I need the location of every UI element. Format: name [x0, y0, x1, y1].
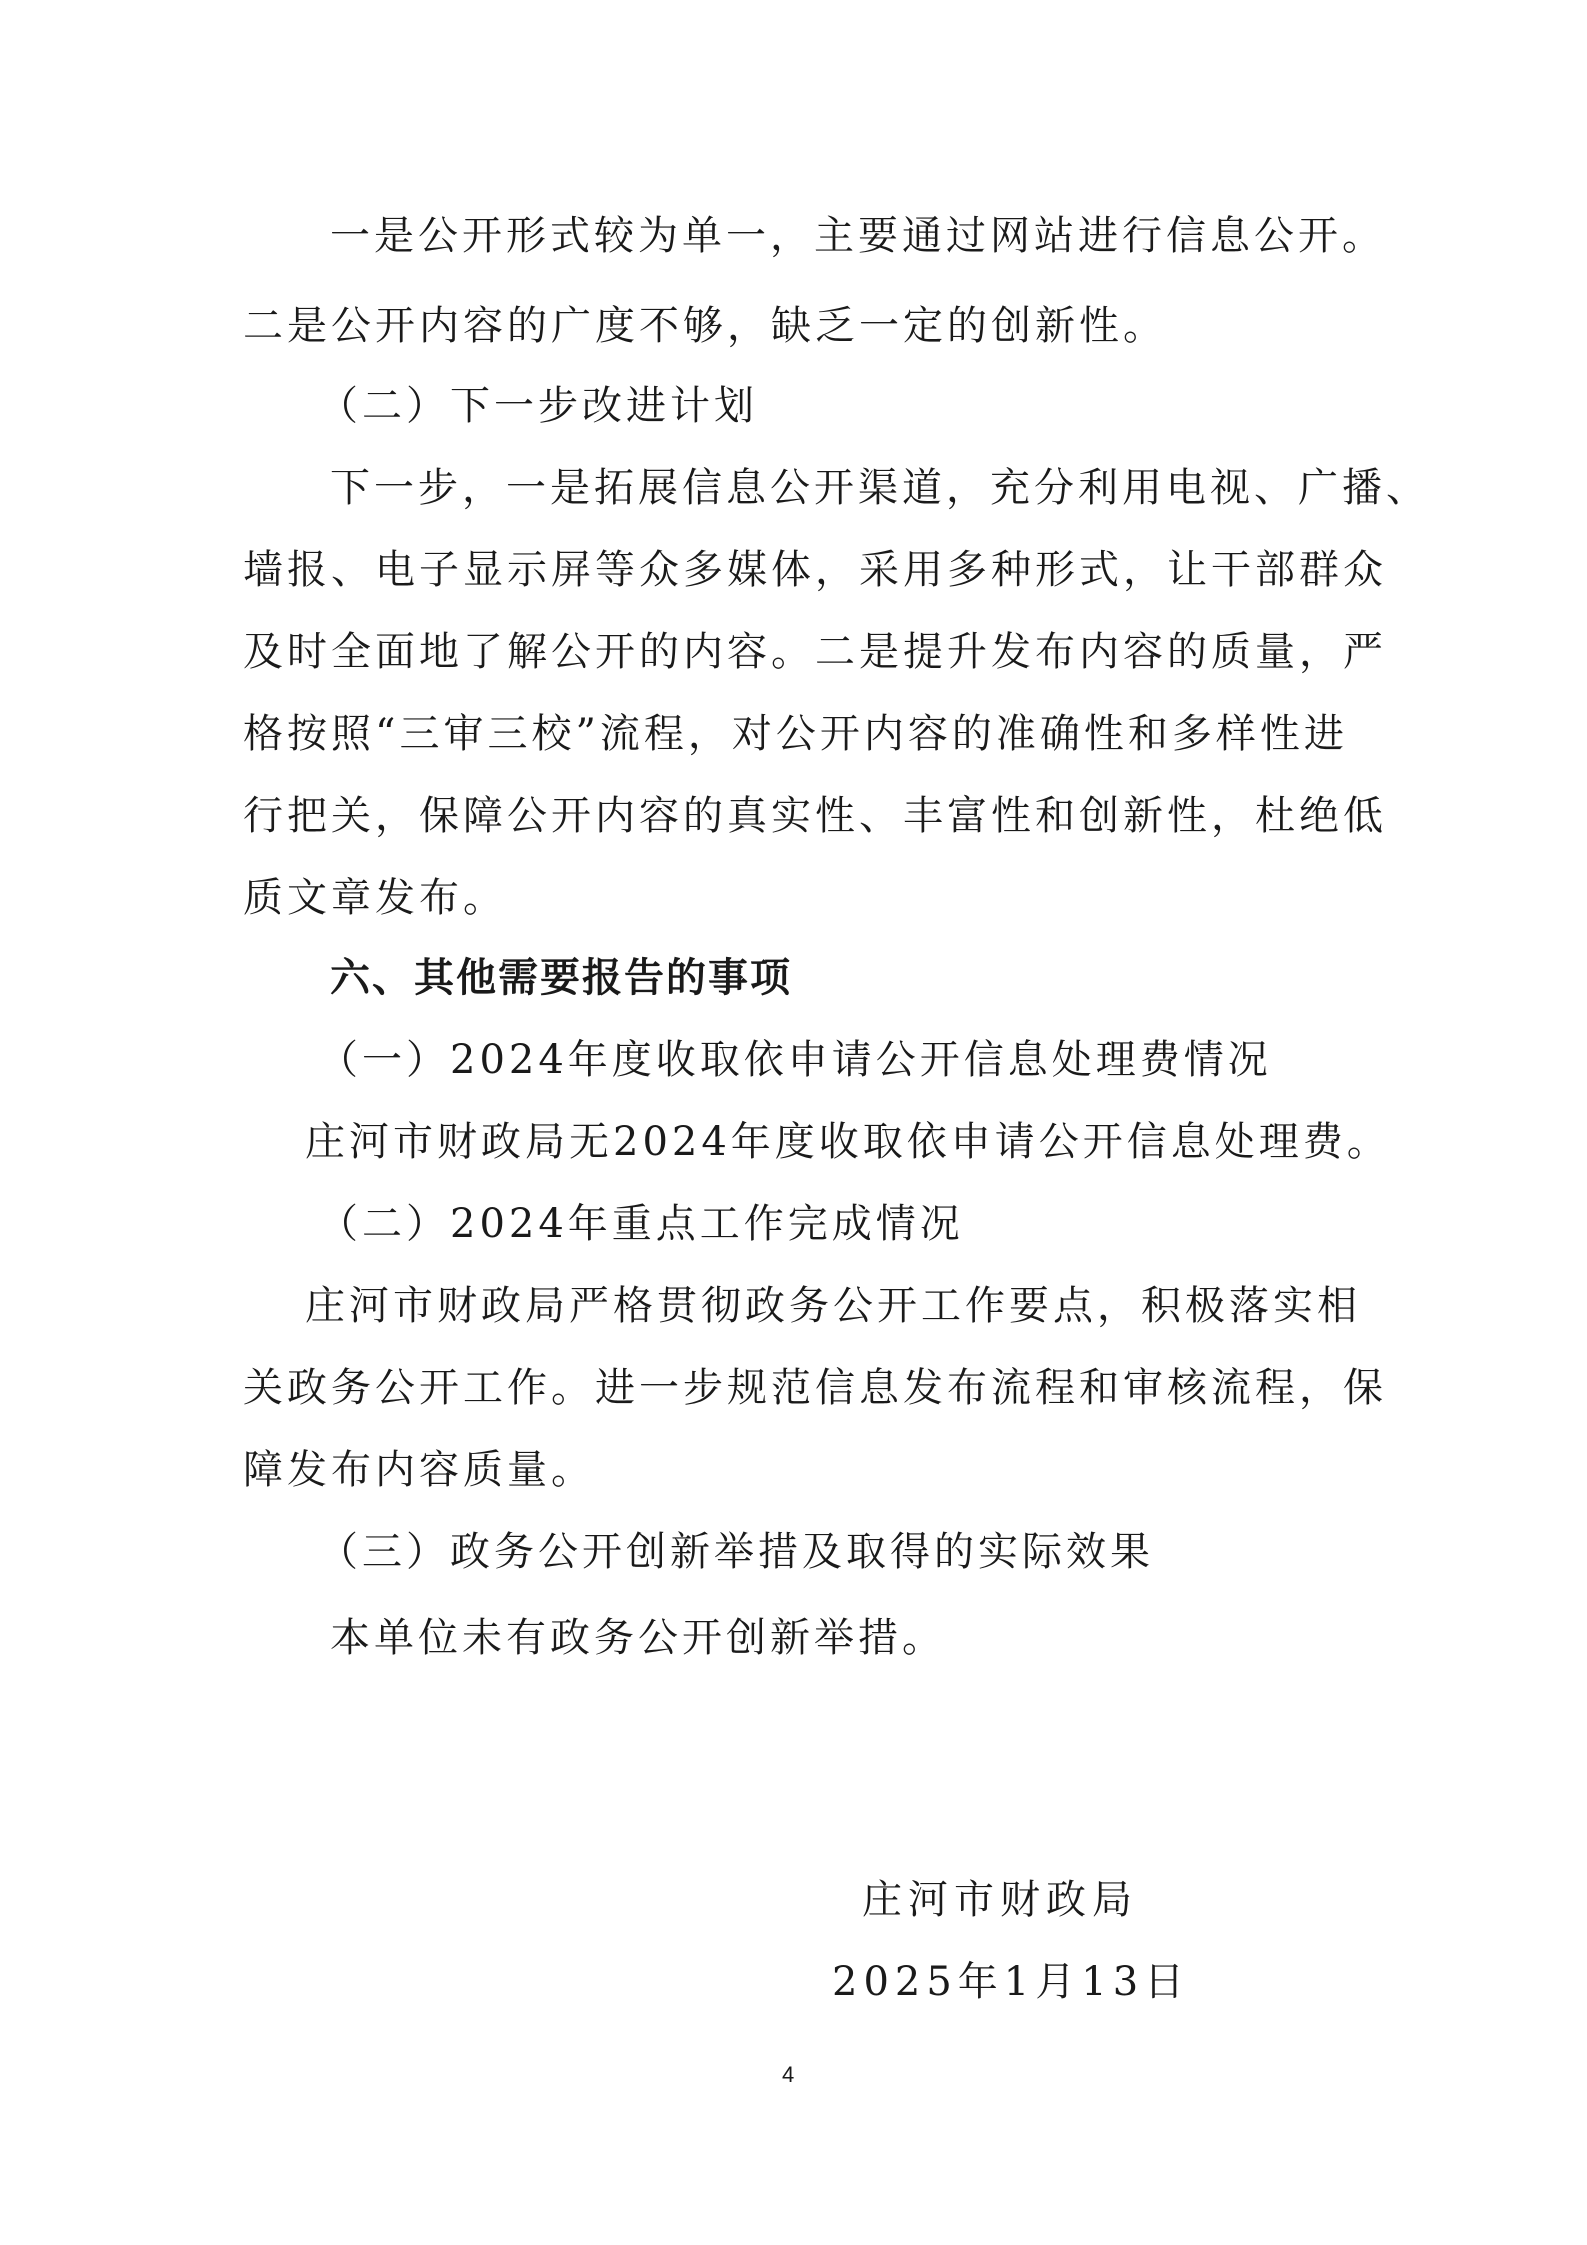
body-text-line: 障发布内容质量。	[243, 1442, 1363, 1498]
subsection-heading: （三）政务公开创新举措及取得的实际效果	[318, 1524, 1438, 1580]
subsection-heading: （一）2024年度收取依申请公开信息处理费情况	[318, 1032, 1438, 1088]
body-text-line: 墙报、电子显示屏等众多媒体，采用多种形式，让干部群众	[243, 542, 1363, 598]
body-text-line: 本单位未有政务公开创新举措。	[330, 1610, 1450, 1666]
body-text-line: 质文章发布。	[243, 870, 1363, 926]
page-number: 4	[782, 2062, 794, 2088]
document-page: 一是公开形式较为单一，主要通过网站进行信息公开。 二是公开内容的广度不够，缺乏一…	[0, 0, 1587, 2245]
body-text-line: 一是公开形式较为单一，主要通过网站进行信息公开。	[330, 208, 1450, 264]
subsection-heading: （二）2024年重点工作完成情况	[318, 1196, 1438, 1252]
body-text-line: 关政务公开工作。进一步规范信息发布流程和审核流程，保	[243, 1360, 1363, 1416]
signature-date: 2025年1月13日	[832, 1954, 1190, 2010]
section-heading: 六、其他需要报告的事项	[330, 950, 1450, 1006]
body-text-line: 庄河市财政局无2024年度收取依申请公开信息处理费。	[305, 1114, 1425, 1170]
subsection-heading: （二）下一步改进计划	[318, 378, 1438, 434]
signature-organization: 庄河市财政局	[862, 1872, 1138, 1928]
body-text-line: 二是公开内容的广度不够，缺乏一定的创新性。	[243, 298, 1363, 354]
body-text-line: 及时全面地了解公开的内容。二是提升发布内容的质量，严	[243, 624, 1363, 680]
body-text-line: 下一步，一是拓展信息公开渠道，充分利用电视、广播、	[330, 460, 1450, 516]
body-text-line: 格按照“三审三校”流程，对公开内容的准确性和多样性进	[243, 706, 1363, 762]
body-text-line: 行把关，保障公开内容的真实性、丰富性和创新性，杜绝低	[243, 788, 1363, 844]
body-text-line: 庄河市财政局严格贯彻政务公开工作要点，积极落实相	[305, 1278, 1425, 1334]
